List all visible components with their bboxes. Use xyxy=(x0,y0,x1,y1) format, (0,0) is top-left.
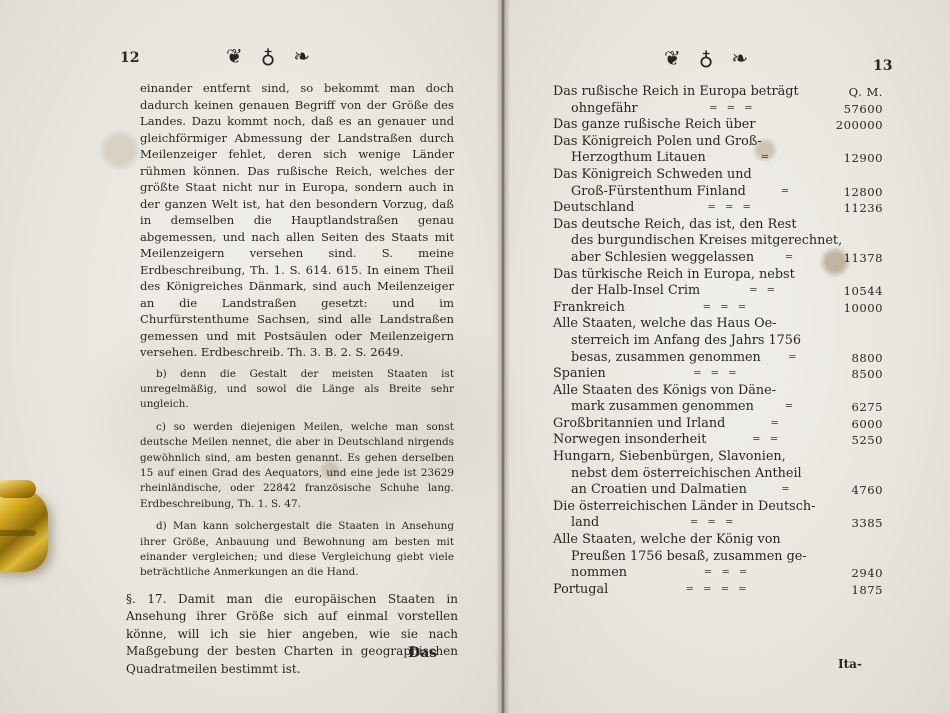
flourish-icon: ❦ xyxy=(226,46,243,66)
page-number-left: 12 xyxy=(120,50,139,66)
table-row: Alle Staaten, welche der König vonPreuße… xyxy=(553,532,883,582)
book-spread: 12 ❦ ♁ ❧ einander entfernt sind, so beko… xyxy=(0,0,950,713)
table-row: Alle Staaten, welche das Haus Oe-sterrei… xyxy=(553,316,883,366)
state-name: Großbritannien und Irland xyxy=(553,416,725,433)
leader-dots xyxy=(815,499,827,516)
area-value: 4760 xyxy=(827,482,883,499)
gold-page-holder xyxy=(0,490,48,572)
leader-dots xyxy=(781,532,827,549)
leader-dots: = = xyxy=(700,283,827,300)
area-value: 2940 xyxy=(827,565,883,582)
book-gutter xyxy=(496,0,510,713)
empty-cell xyxy=(827,383,883,400)
leader-dots: = = = xyxy=(634,200,827,217)
area-value: 1875 xyxy=(827,582,883,599)
leader-dots xyxy=(799,84,827,101)
state-name: besas, zusammen genommen xyxy=(571,350,761,367)
leader-dots: = = = xyxy=(606,366,827,383)
table-row: Das Königreich Schweden undGroß-Fürstent… xyxy=(553,167,883,200)
empty-cell xyxy=(827,316,883,333)
leader-dots: = xyxy=(754,399,827,416)
state-name: Hungarn, Siebenbürgen, Slavonien, xyxy=(553,449,786,466)
section-17-paragraph: §. 17. Damit man die europäischen Staate… xyxy=(126,591,458,679)
table-row: Hungarn, Siebenbürgen, Slavonien,nebst d… xyxy=(553,449,883,499)
area-value: 200000 xyxy=(827,117,883,134)
table-row: Das Königreich Polen und Groß-Herzogthum… xyxy=(553,134,883,167)
table-row: Norwegen insonderheit= =5250 xyxy=(553,432,883,449)
flourish-icon: ❧ xyxy=(293,46,310,66)
table-row: Spanien= = =8500 xyxy=(553,366,883,383)
catchword-left: Das xyxy=(408,645,437,661)
empty-cell xyxy=(827,333,883,350)
area-value: 6000 xyxy=(827,416,883,433)
state-name: Groß-Fürstenthum Finland xyxy=(571,184,746,201)
area-value: 12900 xyxy=(827,150,883,167)
table-row: Das türkische Reich in Europa, nebstder … xyxy=(553,267,883,300)
leader-dots: = = = xyxy=(625,300,827,317)
footnote-c: c) so werden diejenigen Meilen, welche m… xyxy=(140,420,454,512)
leader-dots: = = = xyxy=(627,565,827,582)
leader-dots: = xyxy=(761,350,827,367)
area-value: 8800 xyxy=(827,350,883,367)
state-name: nommen xyxy=(571,565,627,582)
flourish-icon: ❦ xyxy=(664,48,681,68)
table-row: Portugal= = = =1875 xyxy=(553,582,883,599)
area-value: 10000 xyxy=(827,300,883,317)
table-row: Alle Staaten des Königs von Däne-mark zu… xyxy=(553,383,883,416)
leader-dots: = xyxy=(725,416,827,433)
footnote-b: b) denn die Gestalt der meisten Staaten … xyxy=(140,367,454,413)
header-ornament-left: ❦ ♁ ❧ xyxy=(226,46,310,66)
leader-dots: = xyxy=(754,250,827,267)
header-ornament-right: ❦ ♁ ❧ xyxy=(664,48,748,68)
catchword-right: Ita- xyxy=(838,657,862,671)
area-value: 11378 xyxy=(827,250,883,267)
area-value: 57600 xyxy=(827,101,883,118)
leader-dots xyxy=(807,549,827,566)
state-name: Das ganze rußische Reich über xyxy=(553,117,756,134)
leader-dots: = = = = xyxy=(608,582,827,599)
state-name: Frankreich xyxy=(553,300,625,317)
table-row: Deutschland= = =11236 xyxy=(553,200,883,217)
footnote-d: d) Man kann solchergestalt die Staaten i… xyxy=(140,519,454,581)
unit-header: Q. M. xyxy=(827,84,883,101)
table-row: Das rußische Reich in Europa beträgtQ. M… xyxy=(553,84,883,117)
leader-dots xyxy=(752,167,827,184)
leader-dots: = = xyxy=(706,432,827,449)
body-paragraph: einander entfernt sind, so bekommt man d… xyxy=(140,80,454,361)
state-name: Alle Staaten, welche der König von xyxy=(553,532,781,549)
state-name: Das deutsche Reich, das ist, den Rest xyxy=(553,217,797,234)
state-name: ohngefähr xyxy=(571,101,638,118)
table-row: Großbritannien und Irland=6000 xyxy=(553,416,883,433)
empty-cell xyxy=(827,499,883,516)
area-value: 10544 xyxy=(827,283,883,300)
state-name: Deutschland xyxy=(553,200,634,217)
state-name: Norwegen insonderheit xyxy=(553,432,706,449)
area-value: 8500 xyxy=(827,366,883,383)
leader-dots xyxy=(756,117,828,134)
state-name: Spanien xyxy=(553,366,606,383)
leader-dots xyxy=(797,217,827,234)
table-row: Die österreichischen Länder in Deutsch-l… xyxy=(553,499,883,532)
state-name: land xyxy=(571,515,599,532)
state-name: sterreich im Anfang des Jahrs 1756 xyxy=(571,333,801,350)
empty-cell xyxy=(827,449,883,466)
state-name: nebst dem österreichischen Antheil xyxy=(571,466,802,483)
area-value: 3385 xyxy=(827,515,883,532)
state-name: Das Königreich Schweden und xyxy=(553,167,752,184)
leader-dots xyxy=(776,383,827,400)
state-name: Herzogthum Litauen xyxy=(571,150,706,167)
vase-ornament-icon: ♁ xyxy=(699,48,714,68)
left-page-body: einander entfernt sind, so bekommt man d… xyxy=(140,80,454,684)
empty-cell xyxy=(827,532,883,549)
page-number-right: 13 xyxy=(873,58,892,74)
leader-dots: = xyxy=(706,150,827,167)
state-name: Alle Staaten des Königs von Däne- xyxy=(553,383,776,400)
empty-cell xyxy=(827,549,883,566)
leader-dots: = xyxy=(746,184,827,201)
state-name: Das türkische Reich in Europa, nebst xyxy=(553,267,795,284)
leader-dots xyxy=(801,333,827,350)
leader-dots: = = = xyxy=(599,515,827,532)
state-name: Das Königreich Polen und Groß- xyxy=(553,134,762,151)
flourish-icon: ❧ xyxy=(731,48,748,68)
leader-dots xyxy=(795,267,827,284)
state-name: des burgundischen Kreises mitgerechnet, xyxy=(571,233,842,250)
table-row: Frankreich= = =10000 xyxy=(553,300,883,317)
area-value: 11236 xyxy=(827,200,883,217)
table-row: Das deutsche Reich, das ist, den Restdes… xyxy=(553,217,883,267)
empty-cell xyxy=(827,134,883,151)
state-name: Das rußische Reich in Europa beträgt xyxy=(553,84,799,101)
state-name: an Croatien und Dalmatien xyxy=(571,482,747,499)
table-row: Das ganze rußische Reich über200000 xyxy=(553,117,883,134)
state-name: Portugal xyxy=(553,582,608,599)
leader-dots: = = = xyxy=(638,101,827,118)
leader-dots xyxy=(802,466,827,483)
area-value: 12800 xyxy=(827,184,883,201)
leader-dots xyxy=(777,316,827,333)
empty-cell xyxy=(827,217,883,234)
state-name: der Halb-Insel Crim xyxy=(571,283,700,300)
state-name: mark zusammen genommen xyxy=(571,399,754,416)
leader-dots xyxy=(762,134,827,151)
empty-cell xyxy=(827,267,883,284)
area-value: 6275 xyxy=(827,399,883,416)
empty-cell xyxy=(842,233,883,250)
state-area-table: Das rußische Reich in Europa beträgtQ. M… xyxy=(553,84,883,598)
state-name: Alle Staaten, welche das Haus Oe- xyxy=(553,316,777,333)
leader-dots xyxy=(786,449,827,466)
leader-dots: = xyxy=(747,482,827,499)
state-name: Preußen 1756 besaß, zusammen ge- xyxy=(571,549,807,566)
area-value: 5250 xyxy=(827,432,883,449)
empty-cell xyxy=(827,466,883,483)
state-name: Die österreichischen Länder in Deutsch- xyxy=(553,499,815,516)
vase-ornament-icon: ♁ xyxy=(261,46,276,66)
state-name: aber Schlesien weggelassen xyxy=(571,250,754,267)
empty-cell xyxy=(827,167,883,184)
